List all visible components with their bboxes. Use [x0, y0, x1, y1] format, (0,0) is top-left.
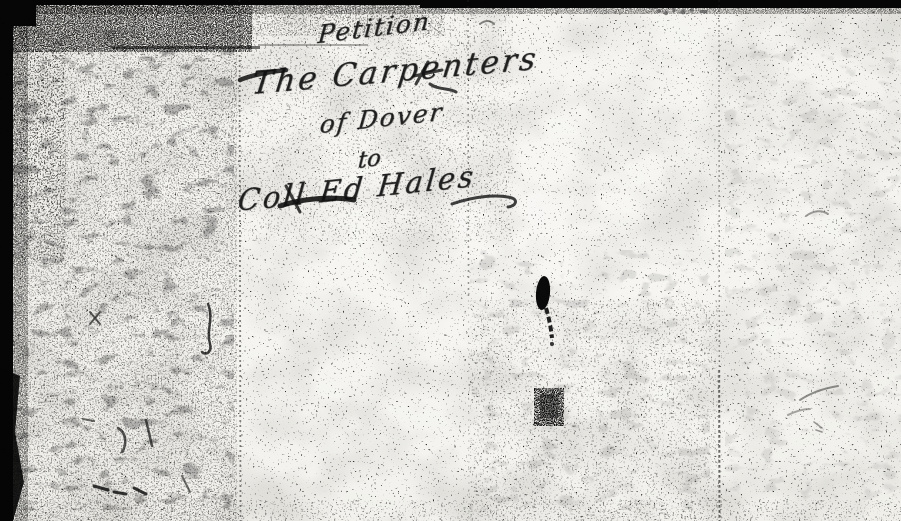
handwriting-line-petition: Petition [317, 6, 432, 49]
docket-inscription: Petition The Carpenters of Dover to Coll… [0, 0, 901, 521]
handwriting-line-petitioners: The Carpenters [250, 41, 541, 103]
handwriting-line-place: of Dover [318, 97, 445, 139]
manuscript-scan: Petition The Carpenters of Dover to Coll… [0, 0, 901, 521]
